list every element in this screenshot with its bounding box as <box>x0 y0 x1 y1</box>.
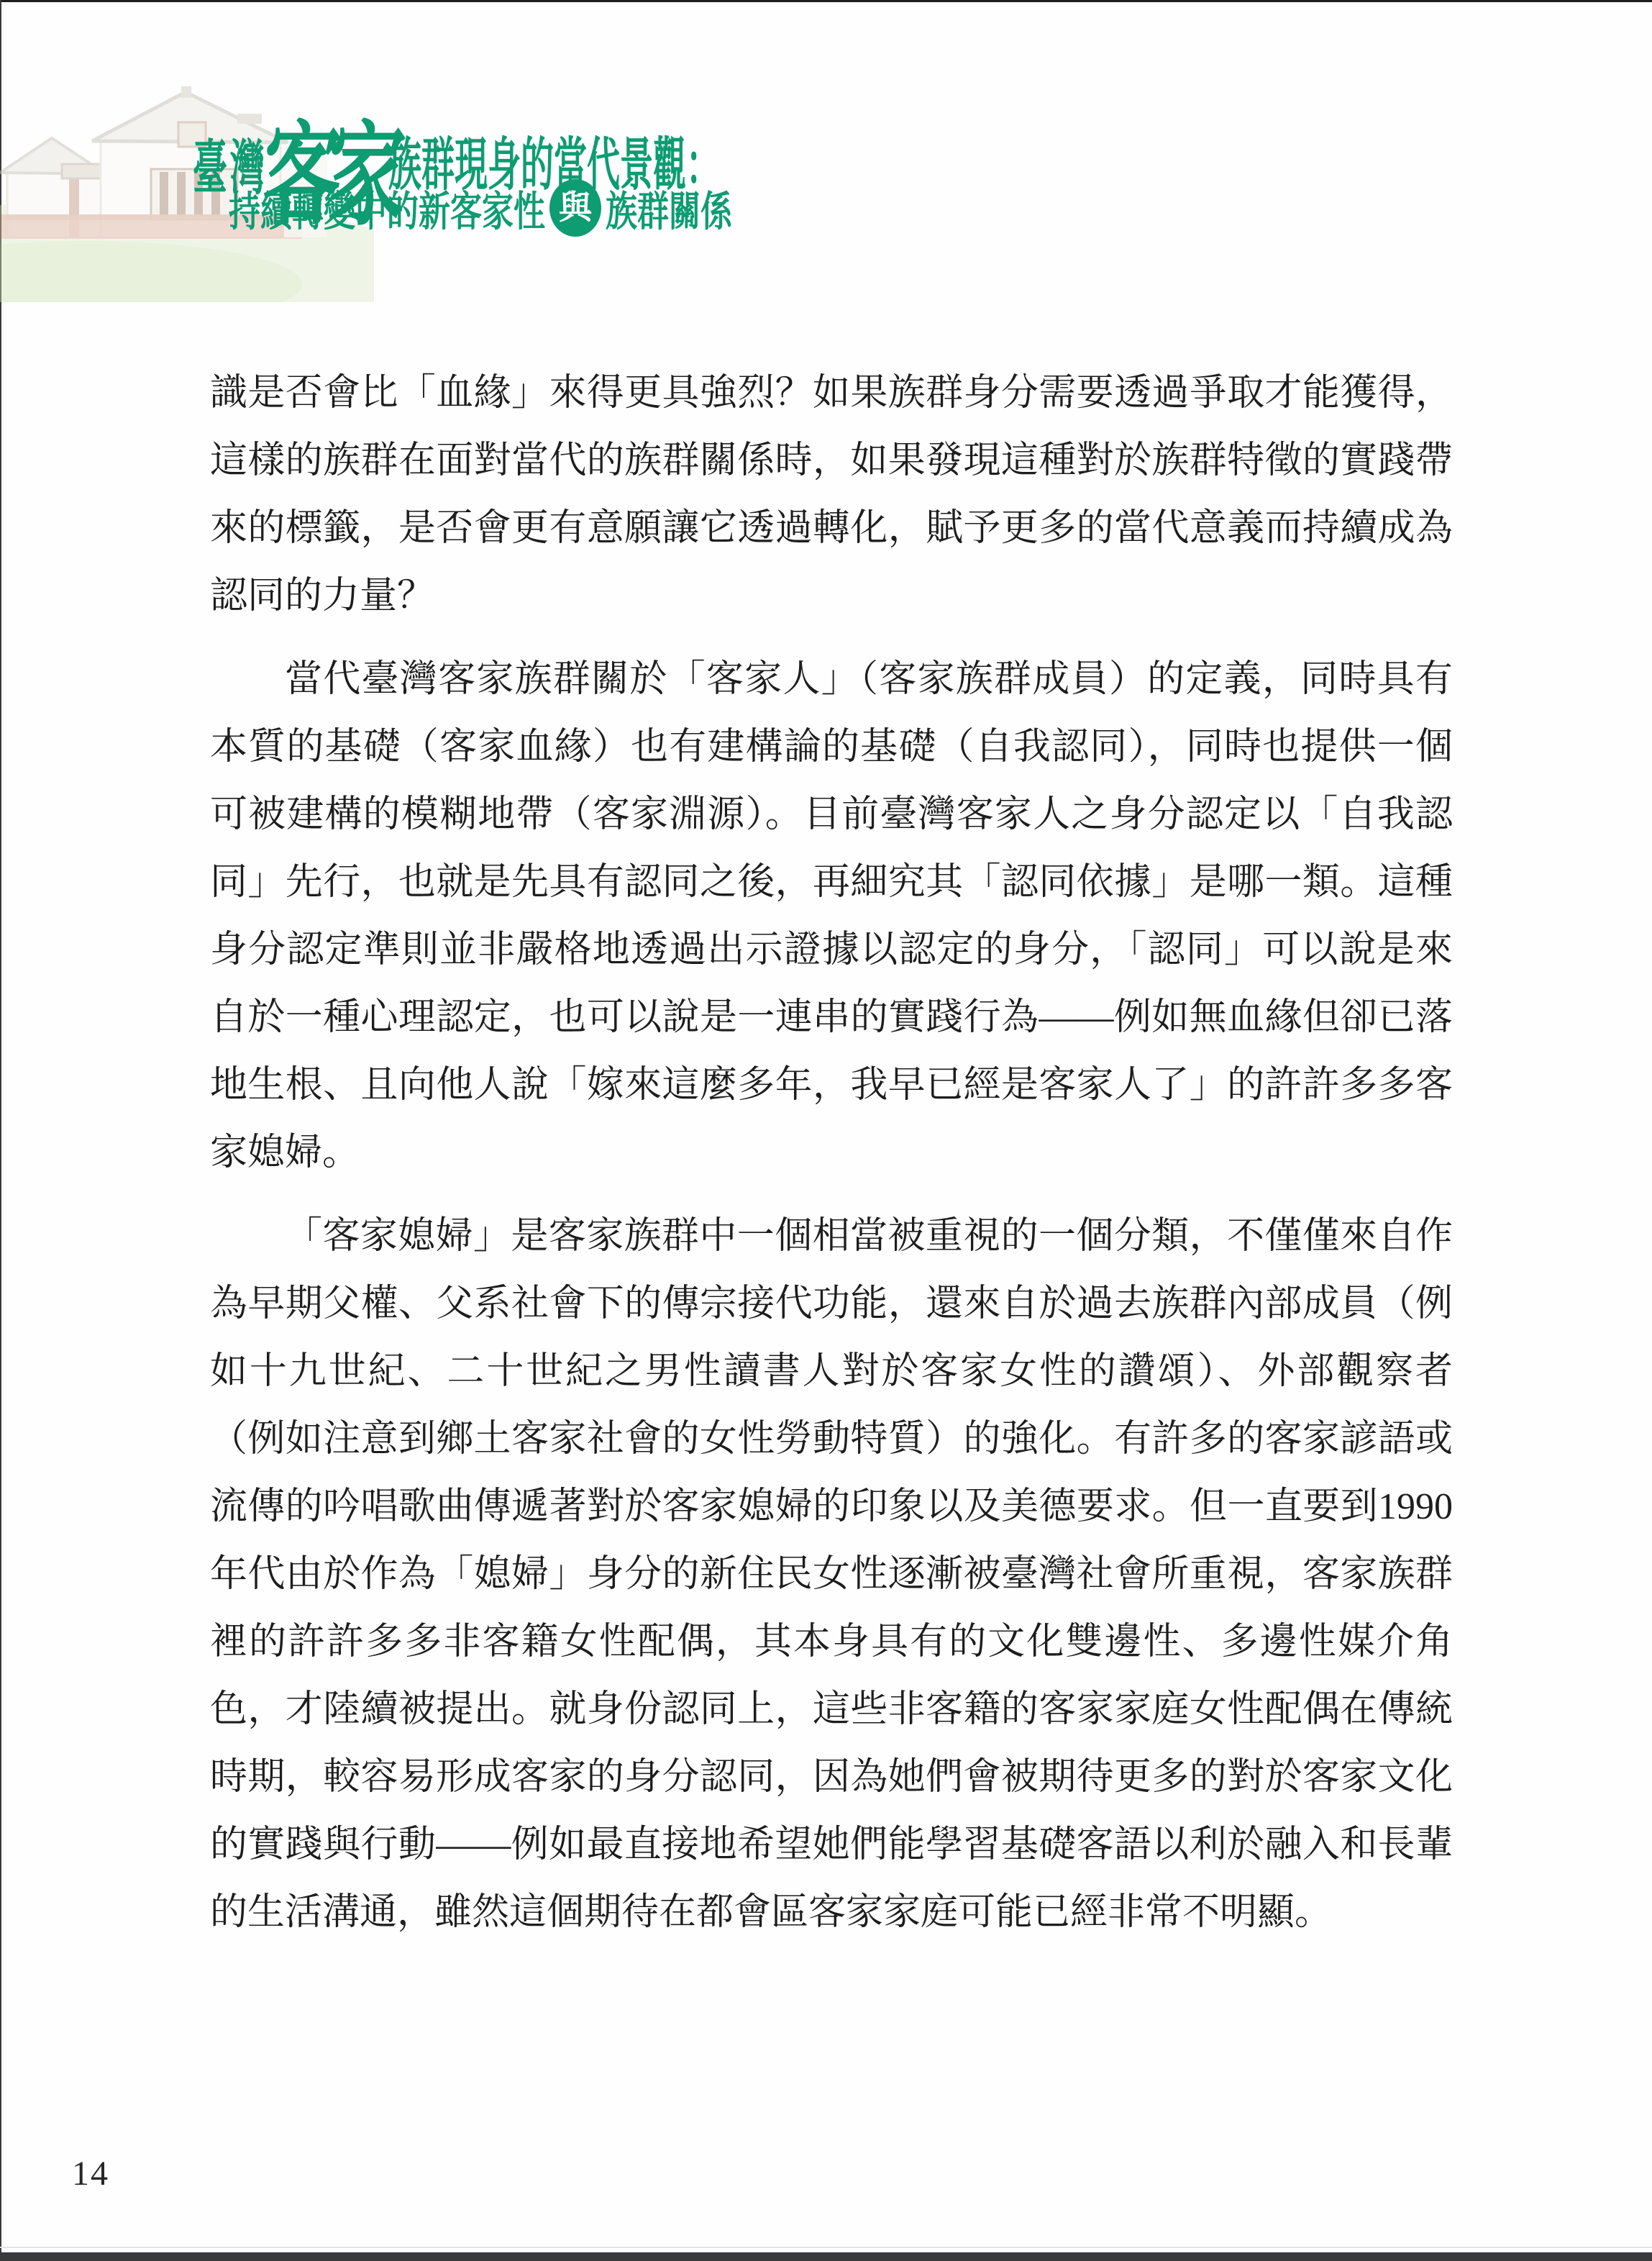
book-subtitle: 持續轉變中的新客家性 與 族群關係 <box>229 177 732 239</box>
body-line: 為早期父權、父系社會下的傳宗接代功能，還來自於過去族群內部成員（例 <box>210 1270 1453 1338</box>
subtitle-right-text: 族群關係 <box>606 178 732 237</box>
body-line: 這樣的族群在面對當代的族群關係時，如果發現這種對於族群特徵的實踐帶 <box>210 427 1453 495</box>
body-line: 當代臺灣客家族群關於「客家人」（客家族群成員）的定義，同時具有 <box>210 646 1453 714</box>
subtitle-left-text: 持續轉變中的新客家性 <box>229 178 545 237</box>
body-line: 認同的力量？ <box>210 563 1453 630</box>
page-number: 14 <box>72 2154 109 2193</box>
body-line: 身分認定準則並非嚴格地透過出示證據以認定的身分，「認同」可以說是來 <box>210 916 1453 984</box>
body-line: 地生根、且向他人說「嫁來這麼多年，我早已經是客家人了」的許許多多客 <box>210 1052 1453 1119</box>
body-line: 自於一種心理認定，也可以說是一連串的實踐行為——例如無血緣但卻已落 <box>210 984 1453 1052</box>
body-text: 識是否會比「血緣」來得更具強烈？如果族群身分需要透過爭取才能獲得，這樣的族群在面… <box>210 360 1453 1947</box>
yu-badge-character: 與 <box>559 191 592 224</box>
body-line: 色，才陸續被提出。就身份認同上，這些非客籍的客家家庭女性配偶在傳統 <box>210 1676 1453 1744</box>
book-page: 臺灣 客家 族群現身的當代景觀： 持續轉變中的新客家性 與 族群關係 識是否會比… <box>0 0 1652 2261</box>
yu-circle-badge: 與 <box>549 179 601 237</box>
page-bottom-edge <box>0 2252 1652 2261</box>
body-line: 年代由於作為「媳婦」身分的新住民女性逐漸被臺灣社會所重視，客家族群 <box>210 1541 1453 1609</box>
body-line: 如十九世紀、二十世紀之男性讀書人對於客家女性的讚頌）、外部觀察者 <box>210 1338 1453 1406</box>
page-bottom-hairline <box>0 2247 1652 2248</box>
body-line: 的生活溝通，雖然這個期待在都會區客家家庭可能已經非常不明顯。 <box>210 1879 1453 1947</box>
body-line: 時期，較容易形成客家的身分認同，因為她們會被期待更多的對於客家文化 <box>210 1744 1453 1811</box>
body-line: 裡的許許多多非客籍女性配偶，其本身具有的文化雙邊性、多邊性媒介角 <box>210 1609 1453 1676</box>
body-line: 同」先行，也就是先具有認同之後，再細究其「認同依據」是哪一類。這種 <box>210 849 1453 916</box>
body-line: 本質的基礎（客家血緣）也有建構論的基礎（自我認同），同時也提供一個 <box>210 714 1453 781</box>
body-line: 識是否會比「血緣」來得更具強烈？如果族群身分需要透過爭取才能獲得， <box>210 360 1453 427</box>
body-line: 的實踐與行動——例如最直接地希望她們能學習基礎客語以利於融入和長輩 <box>210 1811 1453 1879</box>
body-line: 家媳婦。 <box>210 1119 1453 1187</box>
body-line: （例如注意到鄉土客家社會的女性勞動特質）的強化。有許多的客家諺語或 <box>210 1406 1453 1473</box>
body-line: 「客家媳婦」是客家族群中一個相當被重視的一個分類，不僅僅來自作 <box>210 1203 1453 1270</box>
body-line: 來的標籤，是否會更有意願讓它透過轉化，賦予更多的當代意義而持續成為 <box>210 495 1453 563</box>
page-left-edge <box>0 0 1 2261</box>
page-top-edge <box>0 0 1652 2</box>
body-line: 可被建構的模糊地帶（客家淵源）。目前臺灣客家人之身分認定以「自我認 <box>210 781 1453 849</box>
body-line: 流傳的吟唱歌曲傳遞著對於客家媳婦的印象以及美德要求。但一直要到1990 <box>210 1473 1453 1541</box>
